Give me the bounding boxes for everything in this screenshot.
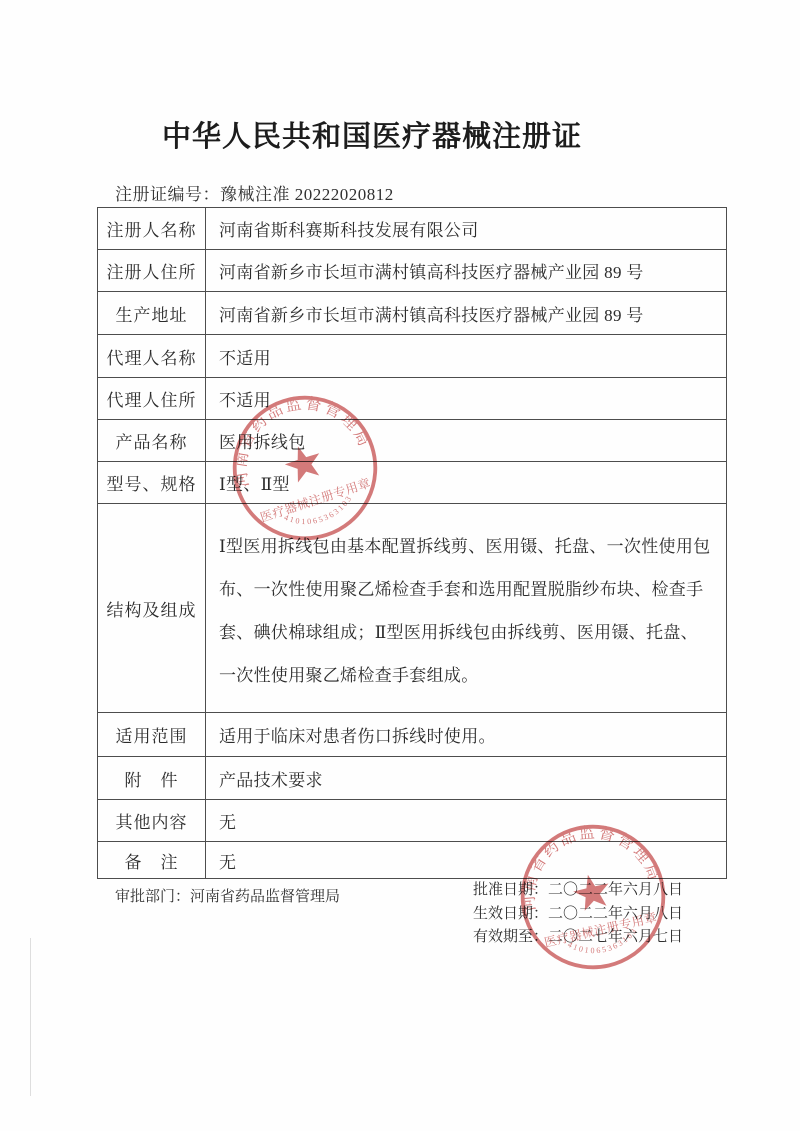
row-label: 结构及组成 [98, 504, 206, 712]
row-value: 河南省斯科赛斯科技发展有限公司 [206, 208, 726, 249]
effective-date-value: 二〇二二年六月八日 [548, 906, 683, 922]
row-label: 型号、规格 [98, 462, 206, 503]
expiry-date-line: 有效期至：二〇二七年六月七日 [473, 926, 683, 950]
table-row-structure: 结构及组成 Ⅰ型医用拆线包由基本配置拆线剪、医用镊、托盘、一次性使用包布、一次性… [98, 504, 726, 713]
table-row-production-address: 生产地址 河南省新乡市长垣市满村镇高科技医疗器械产业园 89 号 [98, 292, 726, 335]
certificate-title: 中华人民共和国医疗器械注册证 [0, 114, 744, 155]
certificate-page: 中华人民共和国医疗器械注册证 注册证编号：豫械注准 20222020812 注册… [0, 0, 800, 1131]
certificate-table: 注册人名称 河南省斯科赛斯科技发展有限公司 注册人住所 河南省新乡市长垣市满村镇… [97, 207, 727, 879]
expiry-date-label: 有效期至： [473, 929, 548, 945]
approval-date-value: 二〇二二年六月八日 [548, 882, 683, 898]
row-label: 备 注 [98, 842, 206, 878]
row-value: 无 [206, 842, 726, 878]
effective-date-label: 生效日期： [473, 906, 548, 922]
scan-paper-edge [30, 938, 31, 1096]
row-value: 不适用 [206, 335, 726, 377]
row-value: 医用拆线包 [206, 420, 726, 461]
table-row-model-spec: 型号、规格 Ⅰ型、Ⅱ型 [98, 462, 726, 504]
row-label: 注册人名称 [98, 208, 206, 249]
effective-date-line: 生效日期：二〇二二年六月八日 [473, 903, 683, 927]
table-row-agent-name: 代理人名称 不适用 [98, 335, 726, 378]
date-block: 批准日期：二〇二二年六月八日 生效日期：二〇二二年六月八日 有效期至：二〇二七年… [473, 879, 683, 950]
approval-date-label: 批准日期： [473, 882, 548, 898]
cert-number-value: 豫械注准 20222020812 [220, 185, 394, 204]
table-row-agent-address: 代理人住所 不适用 [98, 378, 726, 420]
row-value: Ⅰ型、Ⅱ型 [206, 462, 726, 503]
table-row-other: 其他内容 无 [98, 800, 726, 842]
row-value: 不适用 [206, 378, 726, 419]
table-row-attachment: 附 件 产品技术要求 [98, 757, 726, 800]
table-row-product-name: 产品名称 医用拆线包 [98, 420, 726, 462]
row-value: 河南省新乡市长垣市满村镇高科技医疗器械产业园 89 号 [206, 292, 726, 334]
cert-number-line: 注册证编号：豫械注准 20222020812 [115, 180, 394, 205]
approval-department-line: 审批部门：河南省药品监督管理局 [115, 885, 340, 906]
row-label: 其他内容 [98, 800, 206, 841]
expiry-date-value: 二〇二七年六月七日 [548, 929, 683, 945]
cert-number-label: 注册证编号： [115, 185, 220, 204]
row-value: 适用于临床对患者伤口拆线时使用。 [206, 713, 726, 756]
row-label: 附 件 [98, 757, 206, 799]
row-label: 代理人名称 [98, 335, 206, 377]
row-label: 产品名称 [98, 420, 206, 461]
table-row-remarks: 备 注 无 [98, 842, 726, 878]
table-row-registrant-name: 注册人名称 河南省斯科赛斯科技发展有限公司 [98, 208, 726, 250]
approval-department-value: 河南省药品监督管理局 [190, 889, 340, 905]
table-row-registrant-address: 注册人住所 河南省新乡市长垣市满村镇高科技医疗器械产业园 89 号 [98, 250, 726, 292]
table-row-scope: 适用范围 适用于临床对患者伤口拆线时使用。 [98, 713, 726, 757]
row-label: 生产地址 [98, 292, 206, 334]
row-label: 适用范围 [98, 713, 206, 756]
row-value: 河南省新乡市长垣市满村镇高科技医疗器械产业园 89 号 [206, 250, 726, 291]
row-label: 注册人住所 [98, 250, 206, 291]
row-value: Ⅰ型医用拆线包由基本配置拆线剪、医用镊、托盘、一次性使用包布、一次性使用聚乙烯检… [206, 504, 726, 712]
row-label: 代理人住所 [98, 378, 206, 419]
approval-date-line: 批准日期：二〇二二年六月八日 [473, 879, 683, 903]
row-value: 产品技术要求 [206, 757, 726, 799]
row-value: 无 [206, 800, 726, 841]
approval-department-label: 审批部门： [115, 889, 190, 905]
